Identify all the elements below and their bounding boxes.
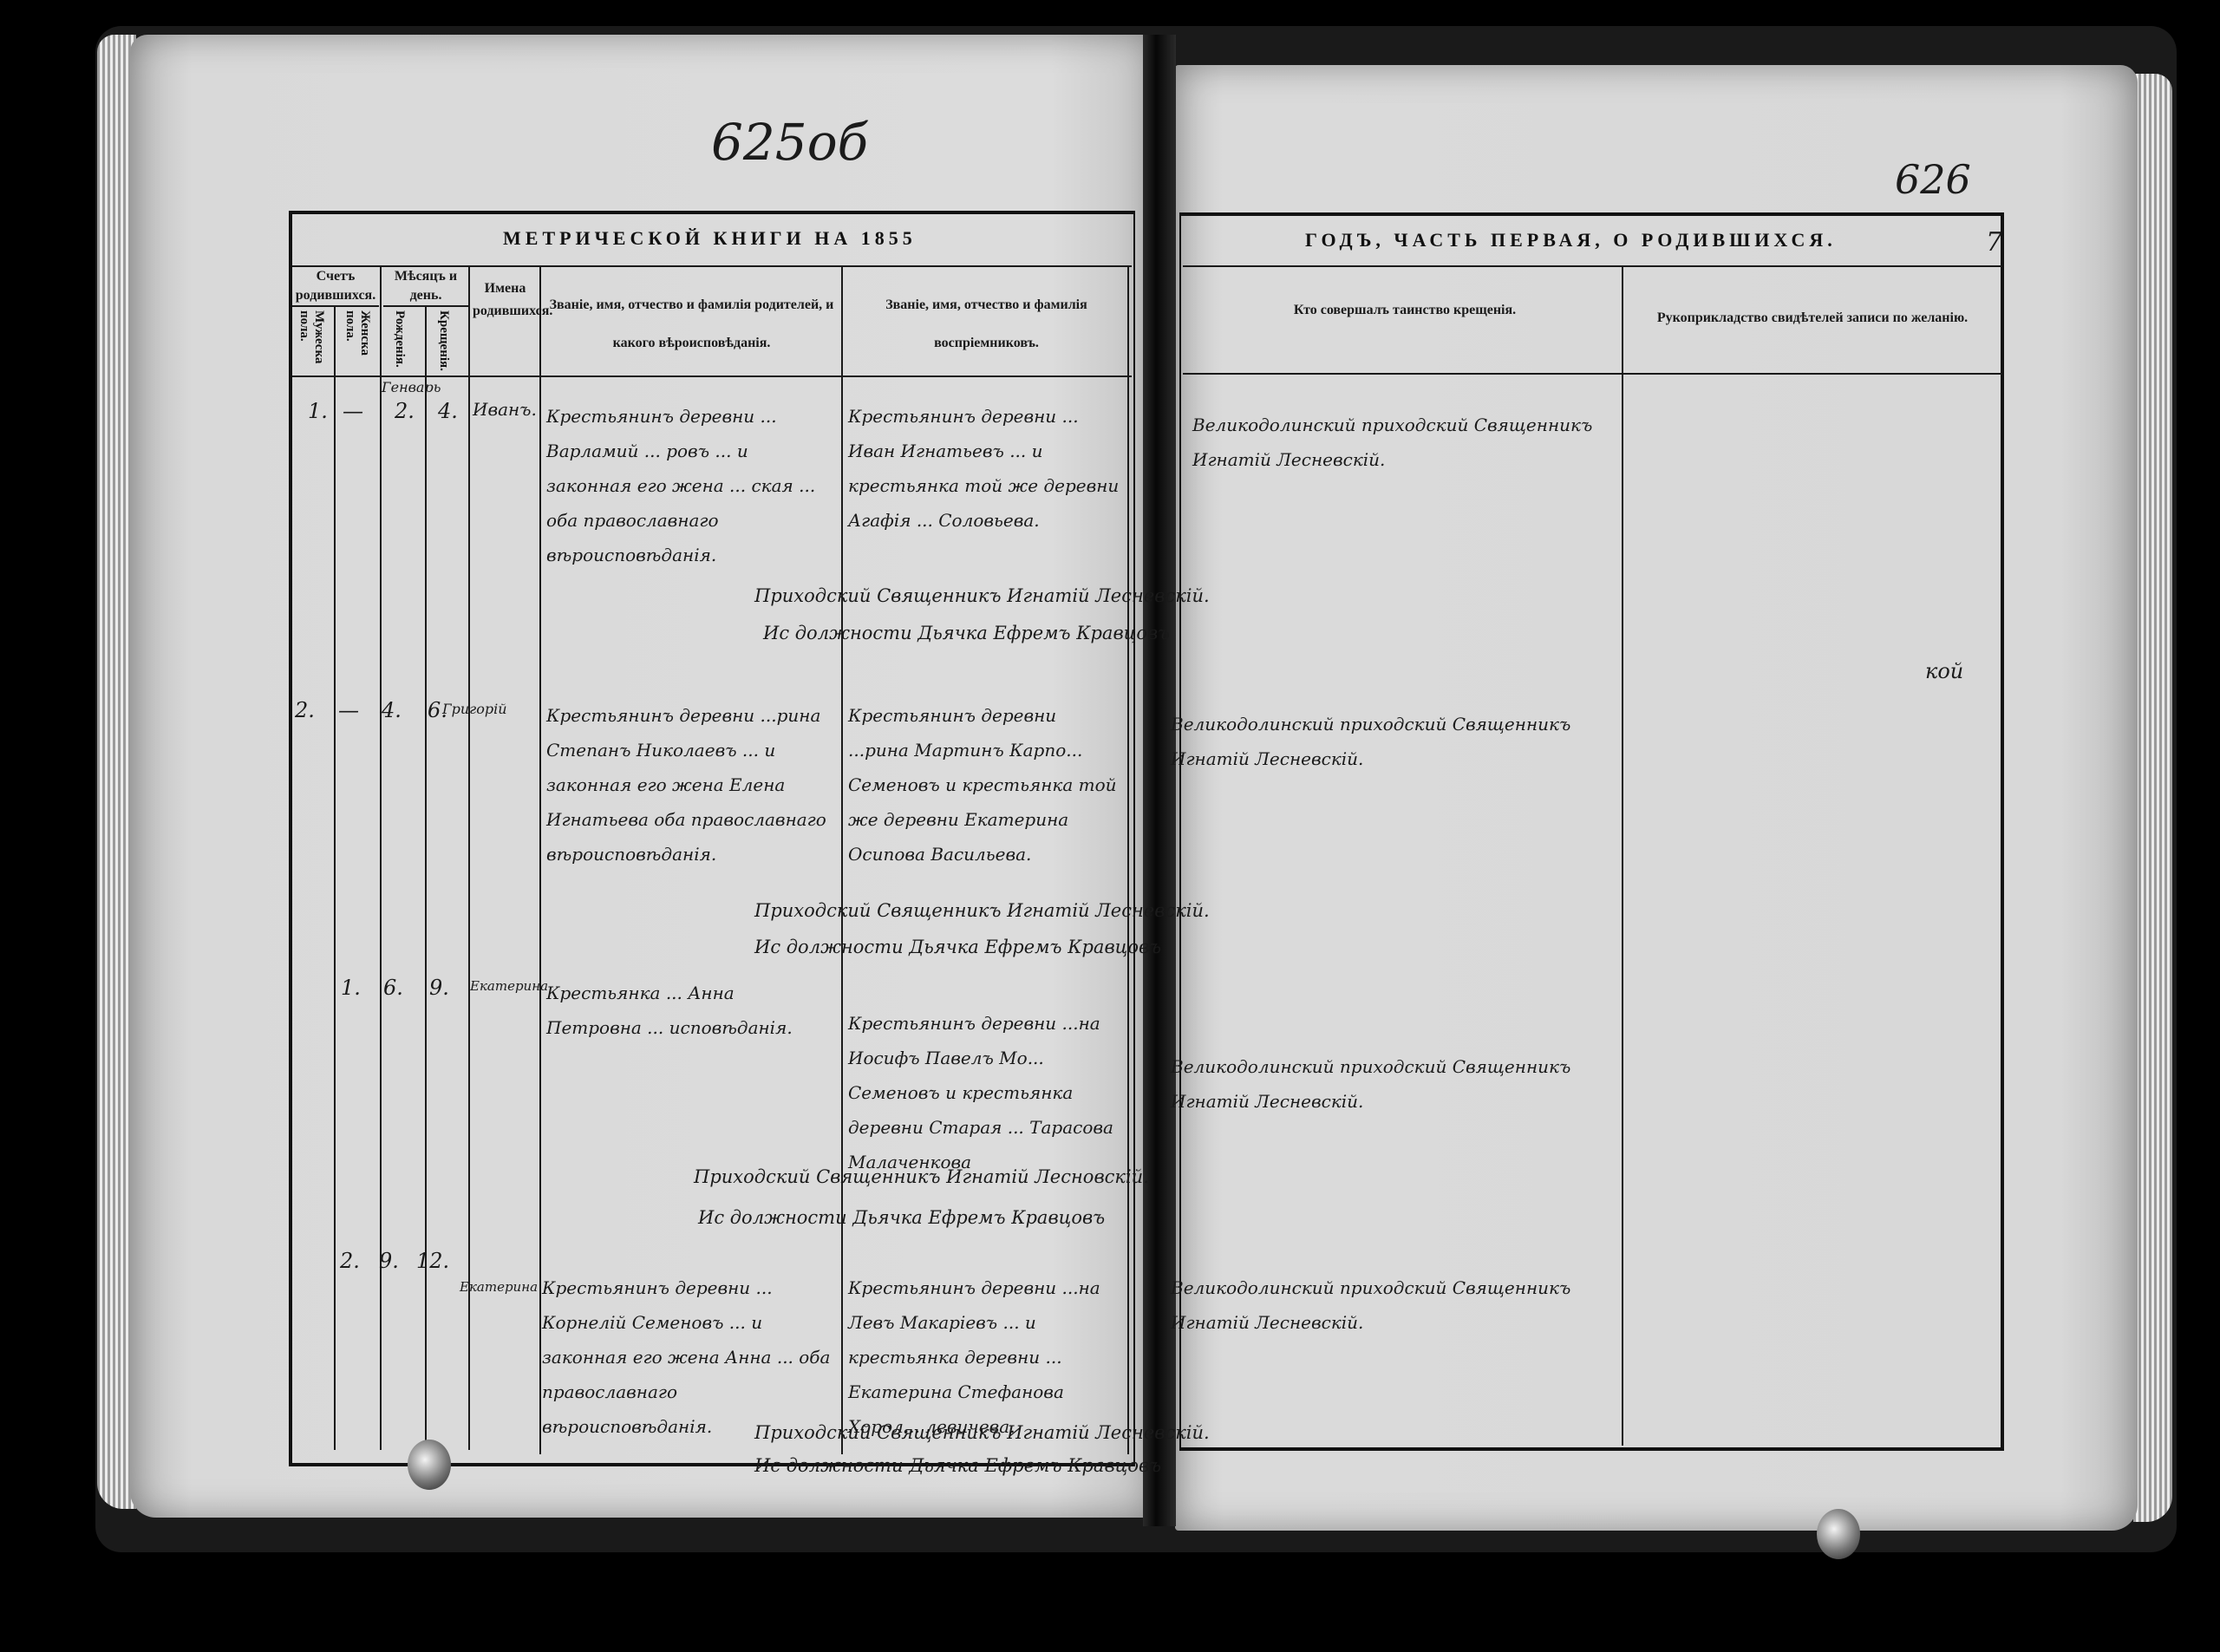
entry-1-male-count: 1. <box>308 399 328 423</box>
entry-2-clerk-signature: Ис должности Дьячка Ефремъ Кравцовъ <box>754 937 1161 957</box>
binding-clip-right <box>1817 1509 1860 1559</box>
header-month-day: Мѣсяцъ и день. <box>383 267 468 305</box>
entry-3-birth-day: 6. <box>383 976 403 1000</box>
header-male: Мужеска пола. <box>297 310 326 373</box>
left-folio-number: 625об <box>711 113 868 172</box>
right-folio-number: 626 <box>1895 156 1971 203</box>
col-divider <box>841 266 843 1454</box>
col-divider <box>334 305 336 1450</box>
header-bottom-rule-right <box>1183 373 2002 375</box>
header-witnesses: Рукоприкладство свидѣтелей записи по жел… <box>1648 299 1977 337</box>
binding-clip-left <box>408 1440 451 1490</box>
header-top-rule-right <box>1183 265 2002 267</box>
margin-note: кой <box>1925 659 1963 683</box>
header-female: Женска пола. <box>343 310 372 373</box>
entry-1-baptism-day: 4. <box>438 399 458 423</box>
entry-4-baptism-day: 12. <box>416 1249 449 1273</box>
header-parents: Званіе, имя, отчество и фамилія родителе… <box>546 286 837 362</box>
entry-1-parents: Крестьянинъ деревни ... Варламий ... ров… <box>546 399 832 572</box>
entry-4-officiant: Великодолинский приходский Священникъ Иг… <box>1171 1270 1639 1340</box>
entry-3-baptism-day: 9. <box>429 976 449 1000</box>
entry-2-godparents: Крестьянинъ деревни ...рина Мартинъ Карп… <box>848 698 1121 872</box>
entry-3-godparents: Крестьянинъ деревни ...на Иосифъ Павелъ … <box>848 1006 1121 1179</box>
entry-2-male-count: 2. <box>295 698 315 722</box>
header-godparents: Званіе, имя, отчество и фамилія воспріем… <box>850 286 1123 362</box>
entry-3-parents: Крестьянка ... Анна Петровна ... исповѣд… <box>546 976 832 1045</box>
entry-3-officiant: Великодолинский приходский Священникъ Иг… <box>1171 1049 1604 1119</box>
entry-4-name: Екатерина <box>460 1279 538 1295</box>
entry-2-birth-day: 4. <box>382 698 402 722</box>
entry-4-birth-day: 9. <box>379 1249 399 1273</box>
entry-1-birth-day: 2. <box>395 399 415 423</box>
entry-1-female-count: — <box>343 399 363 423</box>
entry-4-clerk-signature: Ис должности Дьячка Ефремъ Кравцовъ <box>754 1455 1161 1476</box>
header-officiant: Кто совершалъ таинство крещенія. <box>1197 299 1613 322</box>
entry-3-name: Екатерина <box>470 978 548 994</box>
header-bottom-rule-left <box>292 375 1132 377</box>
count-subrule <box>292 305 379 307</box>
entry-4-priest-signature: Приходский Священникъ Игнатій Лесневскій… <box>754 1422 1210 1443</box>
col-divider <box>539 266 541 1454</box>
col-divider <box>425 305 427 1450</box>
entry-1-name: Иванъ. <box>473 399 537 420</box>
left-page-title: МЕТРИЧЕСКОЙ КНИГИ НА 1855 <box>503 227 917 250</box>
entry-2-female-count: — <box>338 698 359 722</box>
col-divider <box>468 266 470 1450</box>
entry-1-godparents: Крестьянинъ деревни ... Иван Игнатьевъ .… <box>848 399 1121 538</box>
entry-3-female-count: 1. <box>341 976 361 1000</box>
entry-4-female-count: 2. <box>340 1249 360 1273</box>
right-table-frame <box>1179 212 2004 1451</box>
entry-4-godparents: Крестьянинъ деревни ...на Левъ Макаріевъ… <box>848 1270 1121 1444</box>
header-names: Имена родившихся. <box>473 278 538 323</box>
entry-3-clerk-signature: Ис должности Дьячка Ефремъ Кравцовъ <box>698 1207 1105 1228</box>
month-label: Генварь <box>382 379 441 395</box>
right-page-edges <box>2133 74 2172 1522</box>
entry-2-name: Григорій <box>442 701 507 717</box>
entry-2-priest-signature: Приходский Священникъ Игнатій Лесневскій… <box>754 900 1210 921</box>
col-divider <box>1127 266 1129 1454</box>
col-divider <box>1622 266 1623 1446</box>
header-count: Счетъ родившихся. <box>292 267 379 305</box>
monthday-subrule <box>383 305 470 307</box>
entry-3-priest-signature: Приходский Священникъ Игнатій Лесновскій… <box>694 1166 1149 1187</box>
entry-1-clerk-signature: Ис должности Дьячка Ефремъ Кравцовъ <box>763 623 1170 643</box>
entry-2-officiant: Великодолинский приходский Священникъ Иг… <box>1171 707 1604 776</box>
right-page-title: ГОДЪ, ЧАСТЬ ПЕРВАЯ, О РОДИВШИХСЯ. <box>1305 229 1837 251</box>
entry-4-parents: Крестьянинъ деревни ... Корнелій Семенов… <box>542 1270 832 1444</box>
entry-2-parents: Крестьянинъ деревни ...рина Степанъ Нико… <box>546 698 832 872</box>
header-baptism: Крещенія. <box>436 310 451 373</box>
header-birth: Рожденія. <box>392 310 407 373</box>
entry-1-priest-signature: Приходский Священникъ Игнатій Лесневскій… <box>754 585 1210 606</box>
entry-1-officiant: Великодолинский приходский Священникъ Иг… <box>1192 408 1613 477</box>
